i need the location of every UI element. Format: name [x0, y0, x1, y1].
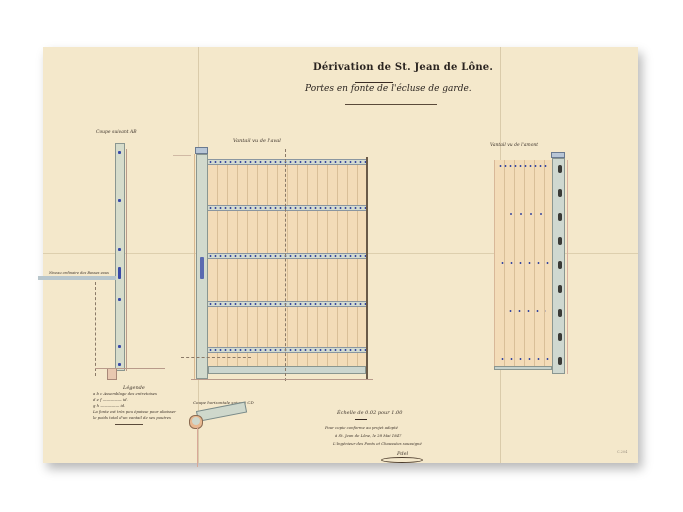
- slot-icon: [558, 189, 562, 197]
- vertical-section: [115, 143, 125, 371]
- rivet-row: [498, 165, 548, 167]
- center-axis: [285, 149, 286, 381]
- certification-line: à St. Jean de Lône, le 28 Mai 1847: [335, 433, 401, 438]
- miter-post: [366, 157, 368, 379]
- signature-flourish: [381, 457, 423, 463]
- downstream-leaf-label: Vantail vu de l'amont: [490, 143, 538, 148]
- slot-icon: [558, 285, 562, 293]
- legend-line: le poids total d'un vantail de ses poutr…: [93, 415, 183, 421]
- horizontal-section: [187, 405, 247, 445]
- scale-underline: [355, 419, 367, 420]
- drawing-sheet: Dérivation de St. Jean de Lône. Portes e…: [43, 47, 638, 463]
- hinge-icon: [200, 257, 204, 279]
- cross-rail: [208, 301, 366, 307]
- heel-post: [552, 158, 565, 374]
- slot-icon: [558, 309, 562, 317]
- dimension-line: [95, 282, 96, 376]
- title-underline: [355, 82, 393, 83]
- archive-stamp: C.204: [617, 450, 627, 454]
- bottom-rail: [208, 366, 366, 374]
- cross-rail: [208, 159, 366, 165]
- plank-infill: [208, 161, 366, 366]
- rivet-row: [498, 262, 550, 264]
- bolt-icon: [118, 199, 121, 202]
- slot-icon: [558, 165, 562, 173]
- base-block: [107, 368, 117, 380]
- drawing-title: Dérivation de St. Jean de Lône.: [313, 62, 493, 73]
- cross-rail: [208, 205, 366, 211]
- slot-icon: [558, 213, 562, 221]
- rivet-row: [506, 310, 546, 312]
- ground-line: [95, 368, 165, 369]
- cross-rail: [208, 253, 366, 259]
- rivet-row: [498, 358, 550, 360]
- legend-rule: [115, 424, 143, 425]
- bolt-icon: [118, 345, 121, 348]
- scale-note: Échelle de 0.02 pour 1.00: [337, 410, 402, 416]
- upstream-leaf-label: Vantail vu de l'aval: [233, 138, 281, 144]
- bolt-icon: [118, 298, 121, 301]
- slot-icon: [558, 357, 562, 365]
- cross-rail: [208, 347, 366, 353]
- slot-icon: [558, 261, 562, 269]
- upstream-leaf: [191, 147, 371, 379]
- slot-icon: [558, 333, 562, 341]
- certification-line: Pour copie conforme au projet adopté: [325, 425, 398, 430]
- water-level-line: [38, 276, 116, 280]
- downstream-leaf: [494, 152, 570, 374]
- pivot-cap: [551, 152, 565, 158]
- vertical-section-label: Coupe suivant AB: [96, 130, 137, 135]
- certification-line: L'Ingénieur des Ponts et Chaussées souss…: [333, 441, 422, 446]
- pivot-cap: [195, 147, 208, 154]
- bolt-icon: [118, 151, 121, 154]
- subtitle-underline: [345, 104, 437, 105]
- bolt-icon: [118, 248, 121, 251]
- water-level-label: Niveau ordinaire des Basses eaux: [49, 271, 109, 275]
- plank-infill: [494, 160, 553, 368]
- slot-icon: [558, 237, 562, 245]
- legend: Légende a b c Assemblage des entretoises…: [93, 385, 183, 422]
- drawing-subtitle: Portes en fonte de l'écluse de garde.: [305, 84, 472, 94]
- bottom-rail: [494, 366, 552, 370]
- bolt-icon: [118, 267, 121, 279]
- rivet-row: [506, 213, 546, 215]
- bolt-icon: [118, 363, 121, 366]
- section-line-cd: [181, 357, 251, 358]
